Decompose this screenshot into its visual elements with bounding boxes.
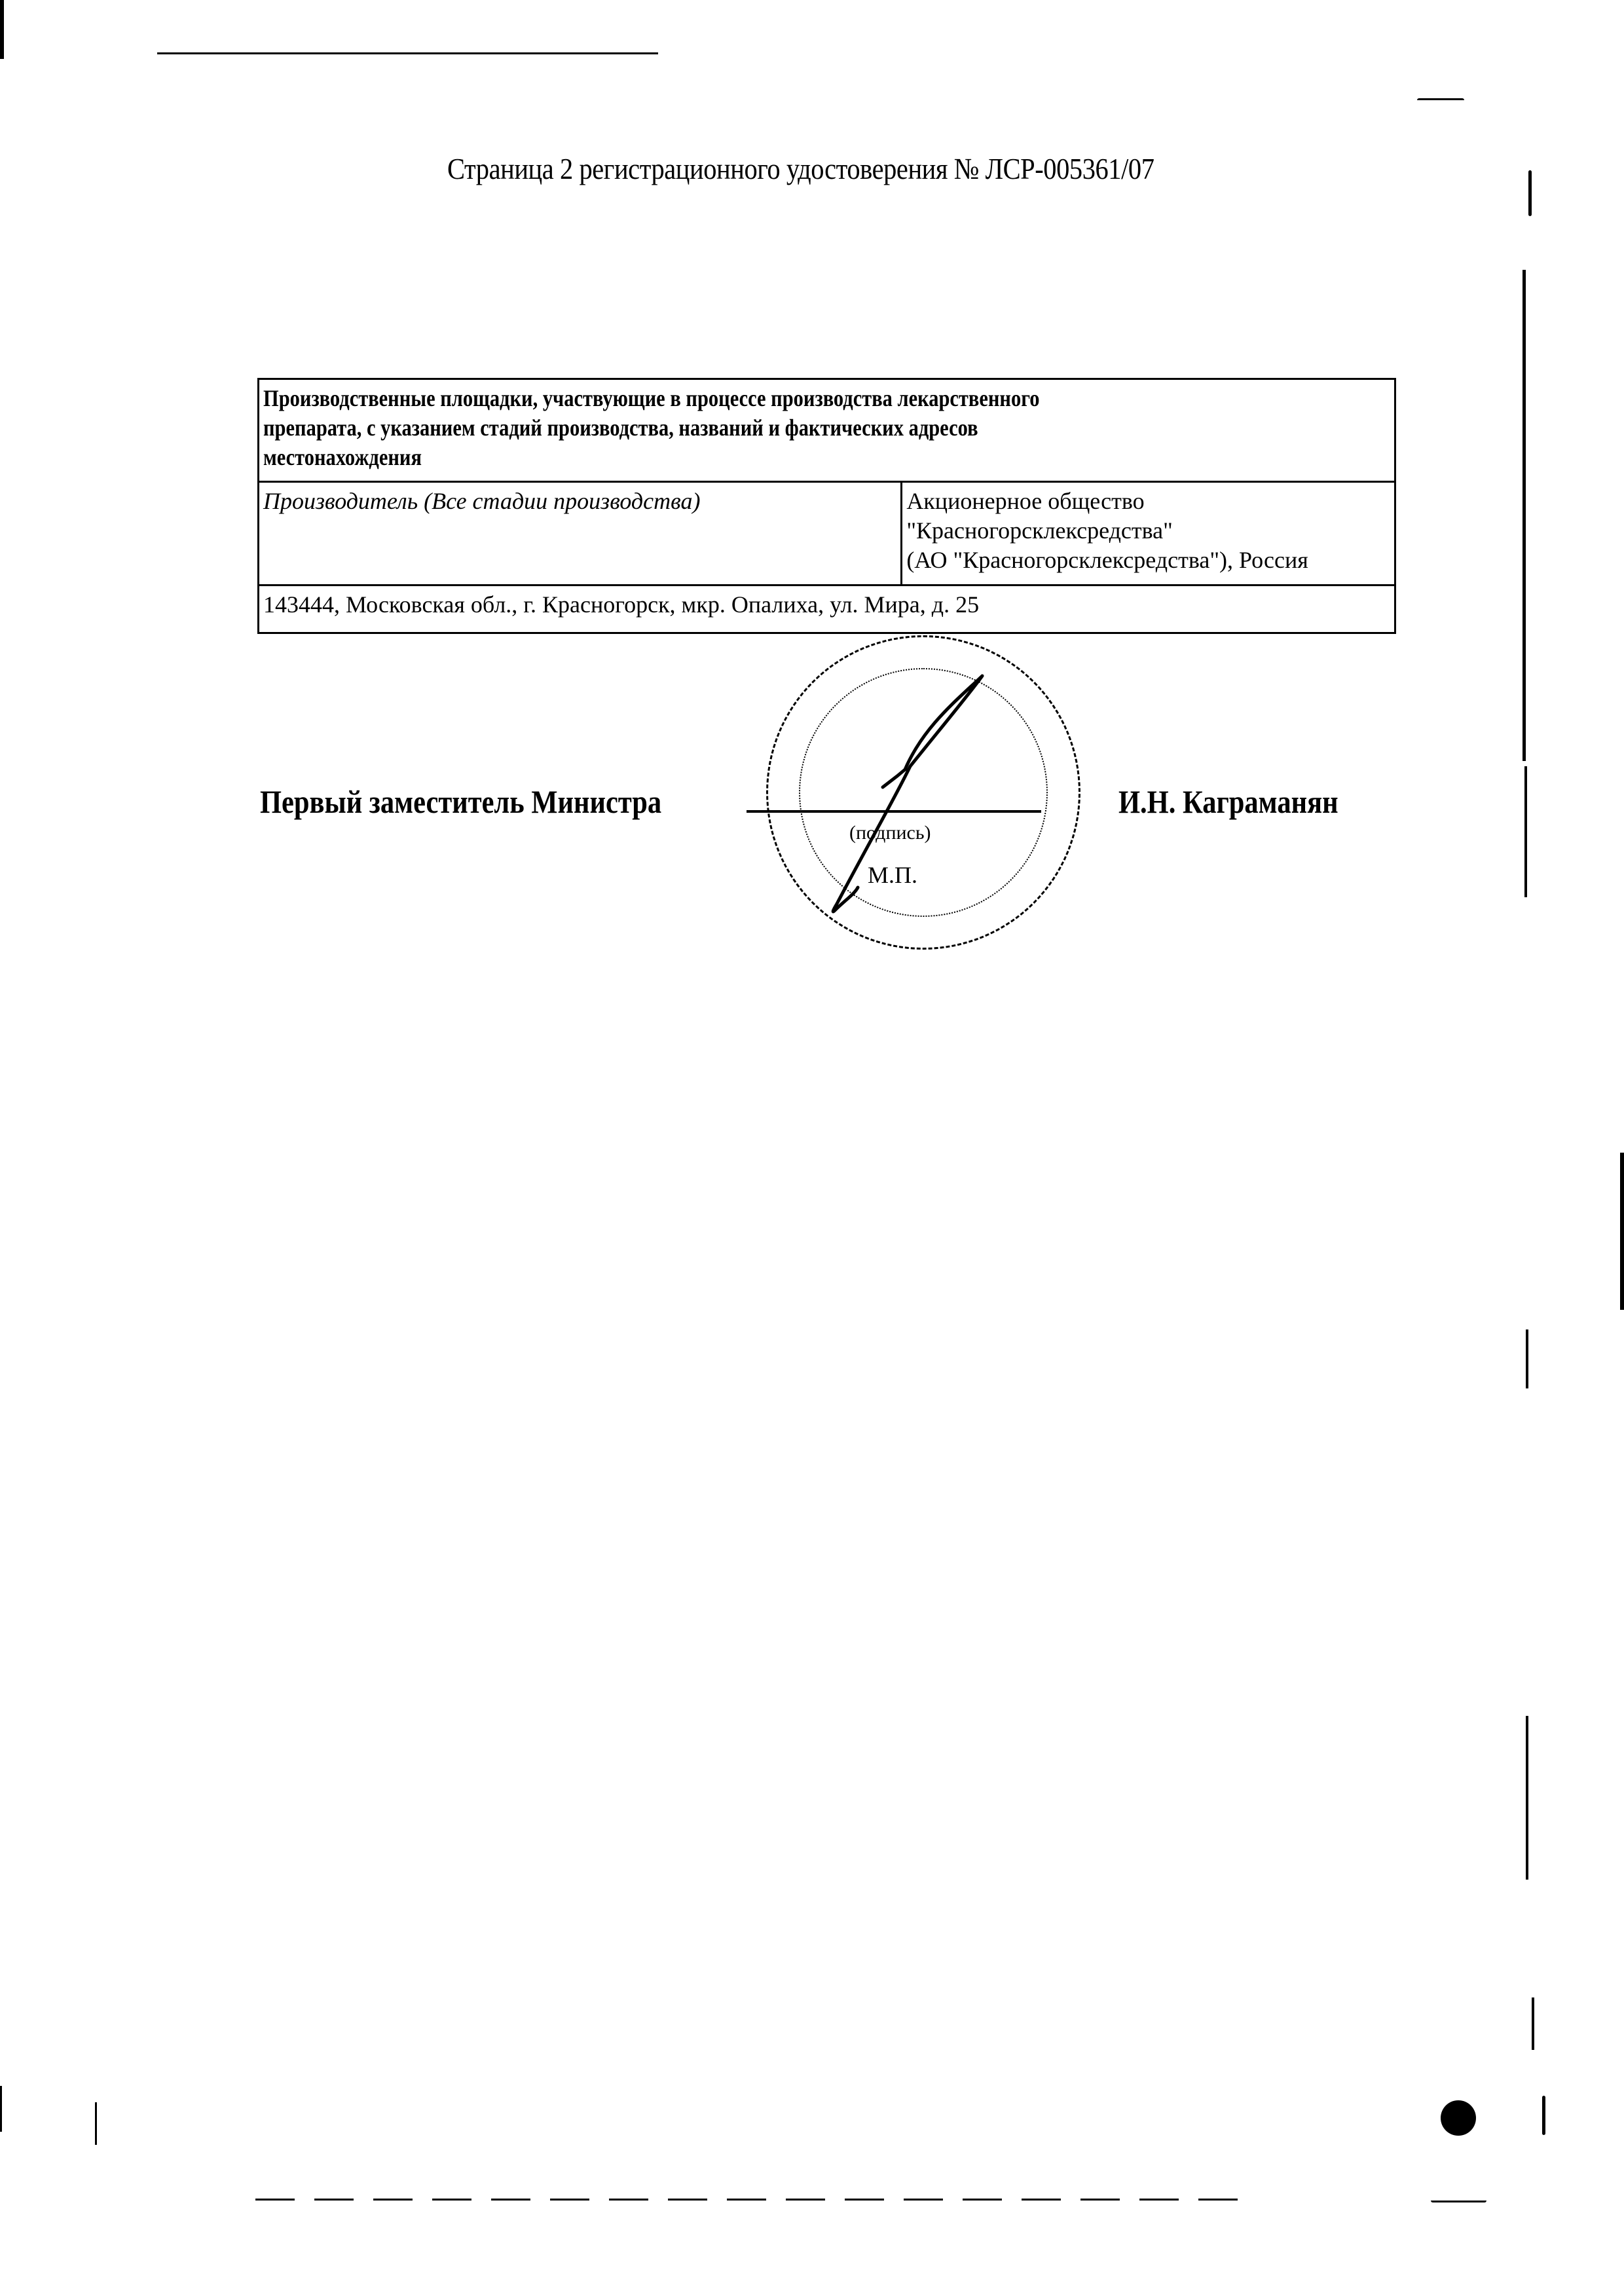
scan-bottom-rule	[255, 2199, 1238, 2201]
table-header-row: Производственные площадки, участвующие в…	[259, 379, 1395, 482]
scan-edge-left-bottom	[0, 2086, 2, 2132]
scan-bottom-curve	[1431, 2201, 1486, 2202]
handwritten-signature-icon	[760, 635, 1087, 950]
scan-edge-left-top-2	[0, 39, 2, 59]
scan-vertical-right-3	[1526, 1329, 1528, 1388]
header-line: Производственные площадки, участвующие в…	[263, 384, 1376, 413]
scan-bracket-left-bottom	[95, 2102, 97, 2145]
scan-edge-right	[1620, 1153, 1624, 1310]
scan-vertical-right-2	[1524, 766, 1527, 897]
header-line: местонахождения	[263, 443, 1376, 472]
organization-line: Акционерное общество	[906, 487, 1390, 516]
scan-top-curve	[1417, 98, 1464, 100]
scan-vertical-right-5	[1532, 1997, 1534, 2050]
organization-line: "Красногорсклексредства"	[906, 516, 1390, 546]
table-row-address: 143444, Московская обл., г. Красногорск,…	[259, 585, 1395, 633]
scan-vertical-right-4	[1526, 1716, 1528, 1880]
production-role: Производитель (Все стадии производства)	[259, 482, 902, 585]
header-line: препарата, с указанием стадий производст…	[263, 413, 1376, 443]
organization-cell: Акционерное общество "Красногорсклексред…	[902, 482, 1395, 585]
site-address: 143444, Московская обл., г. Красногорск,…	[259, 585, 1395, 633]
scan-bracket-right-top	[1528, 170, 1532, 216]
scan-top-rule	[157, 52, 658, 54]
punch-hole	[1441, 2100, 1476, 2136]
page-title: Страница 2 регистрационного удостоверени…	[447, 151, 1154, 187]
table-header-cell: Производственные площадки, участвующие в…	[259, 379, 1395, 482]
manufacturing-sites-table: Производственные площадки, участвующие в…	[257, 378, 1396, 634]
scan-vertical-right	[1522, 270, 1526, 761]
organization-line: (АО "Красногорсклексредства"), Россия	[906, 546, 1390, 575]
signatory-position: Первый заместитель Министра	[260, 783, 661, 822]
scan-bracket-right-bottom	[1542, 2096, 1545, 2135]
table-row: Производитель (Все стадии производства) …	[259, 482, 1395, 585]
signatory-name: И.Н. Каграманян	[1118, 783, 1338, 822]
